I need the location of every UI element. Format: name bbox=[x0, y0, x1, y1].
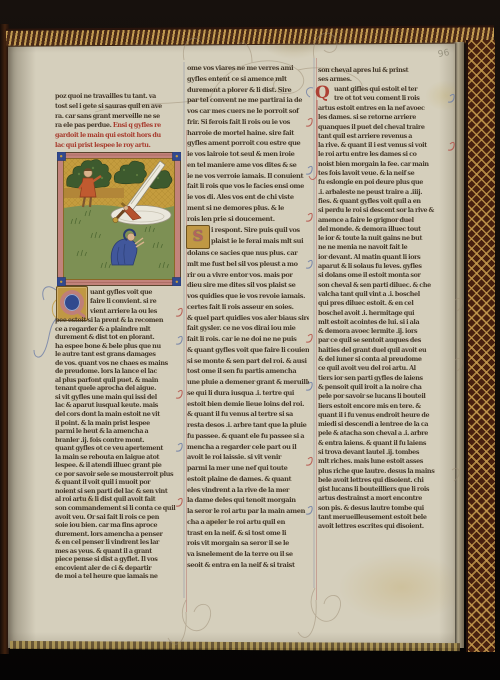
text-line: mes as yeus. & quant il a grant bbox=[55, 547, 183, 556]
text-line: avoit veu. Or sai fait li rois ce pen bbox=[55, 513, 183, 522]
text-span-ink: ra ele pas perdue. bbox=[55, 121, 111, 129]
text-line: son cheval apres lui & prinst bbox=[318, 66, 456, 75]
text-line: ment si ne demores plus. & le bbox=[187, 203, 309, 214]
text-line: ie vos di. Ales vos ent de chi viste bbox=[187, 192, 309, 203]
text-line: pele por savoir se lucans li bouteil bbox=[318, 392, 458, 401]
text-line: ie ne vos verroie iamais. Il conuient bbox=[187, 171, 309, 182]
penwork-initial-q: Q bbox=[315, 82, 333, 104]
text-line: mencha a regarder cele part ou il bbox=[187, 442, 309, 453]
miniature-illustration bbox=[57, 152, 181, 286]
text-line: artus destrainst a mort encontre bbox=[318, 494, 458, 503]
text-line: se qui li dura iusqua .i. tertre qui bbox=[187, 388, 309, 399]
text-line: harroie de mortel haine. sire fait bbox=[187, 128, 309, 139]
text-line: de vos. quant vos ne chaes es mains bbox=[55, 359, 183, 368]
text-line: dolans ce sacies que nus plus. car bbox=[187, 248, 309, 259]
text-line: ome vos viares ne me verres ami bbox=[187, 63, 309, 74]
text-line: lac & aparut iusqual keute. mais bbox=[55, 401, 183, 410]
text-line: & pensoit quil iroit a la noire cha bbox=[318, 383, 458, 392]
text-line: & quant il fu venus al tertre si sa bbox=[187, 409, 309, 420]
text-line: encovient aler de ci & departir bbox=[55, 564, 183, 573]
text-line: si vit gyfles une main qui issi del bbox=[55, 393, 183, 402]
text-line: de preudome. lors la lance el lac bbox=[55, 367, 183, 376]
text-line: par tel convent ne me partirai ia de bbox=[187, 95, 309, 106]
text-line: poz quoi ne travailles tu tant. va bbox=[55, 92, 182, 102]
text-line: bele avoit lettres qui disoient. chi bbox=[318, 476, 458, 485]
text-line: aparut & li solaus fu leves. gyfles bbox=[318, 262, 458, 271]
column-2-indented-lines: i respont. Sire puis quil vosplaist ie l… bbox=[211, 225, 309, 247]
text-line: fait li rois. car ie ne doi ne ne puis bbox=[187, 334, 309, 345]
text-line: le roi artu entre les dames si co bbox=[318, 150, 458, 159]
text-line: avoit le roi laissie. si vit venir bbox=[187, 452, 309, 463]
text-line: noist bien morgain la fee. car main bbox=[318, 160, 458, 169]
column-3-body-bottom: artus estoit entres en la nef avoecles d… bbox=[318, 104, 458, 532]
text-line: tes fois lavoit veue. & la neif se bbox=[318, 169, 458, 178]
miniature-scene bbox=[57, 152, 181, 286]
column-1-body: pee estoit si la prent & la recomence a … bbox=[55, 316, 183, 581]
text-line: son commandement si li conta ce quil bbox=[55, 504, 183, 513]
illuminated-initial-s: S bbox=[186, 225, 210, 249]
text-line: gyfles ament porroit cou estre que bbox=[187, 138, 309, 149]
text-line: ior devant. Al matin quant li iors bbox=[318, 253, 458, 262]
text-line: une pluie a demener grant & meruilleu bbox=[187, 377, 309, 388]
text-line: fies. & quant gyfles voit quil a en bbox=[318, 197, 458, 206]
text-line: liers estoit encore mis en tere. & bbox=[318, 402, 458, 411]
text-line: ce quil avoit veu del roi artu. Al bbox=[318, 364, 458, 373]
text-line: son cheval & sen parti diluec. & che bbox=[318, 281, 458, 290]
text-line: de moi a tel heure que iamais ne bbox=[55, 572, 183, 581]
text-line: tiers ior sen parti gyfles de laiens bbox=[318, 374, 458, 383]
text-line: & en cel penser li vindrent les lar bbox=[55, 538, 183, 547]
column-3-body-top: son cheval apres lui & prinstses armes. bbox=[318, 66, 456, 85]
gilt-binding-right-edge bbox=[466, 40, 495, 652]
text-line: fait li rois que vos le facies ensi ome bbox=[187, 181, 309, 192]
text-line: ce por savoir sele se mousterroit plus bbox=[55, 470, 183, 479]
text-line: ce a regarder & a plaindre mlt bbox=[55, 325, 183, 334]
text-line: lespee. & il atendi illuec grant pie bbox=[55, 461, 183, 470]
text-line: estoit bien demie lieue loins del roi. bbox=[187, 399, 309, 410]
column-3-indented-lines: uant gifles qui estoit el tertre ot tot … bbox=[334, 85, 456, 104]
text-line: faire li convient. si re bbox=[90, 297, 182, 306]
text-line: par ce quil se sentoit auques des bbox=[318, 336, 458, 345]
text-line: si dolans ome il estoit monta sor bbox=[318, 271, 458, 280]
text-line: seoit & entra en la neif & si traist bbox=[187, 560, 309, 571]
text-line: al plus parfont quil puet. & main bbox=[55, 376, 183, 385]
text-line: quant gyfles ot ce veu apertement bbox=[55, 444, 183, 453]
column-2-body-bottom: dolans ce sacies que nus plus. carmlt me… bbox=[187, 248, 309, 571]
text-line: durement & dist tot en plorant. bbox=[55, 333, 183, 342]
text-line: & quel part quidies vos aler biaus sire bbox=[187, 313, 309, 324]
gilt-binding-top-edge bbox=[6, 25, 494, 46]
text-line: ra. car sans grant merveille ne se bbox=[55, 112, 182, 122]
text-line: va isnelement de la terre ou il se bbox=[187, 549, 309, 560]
text-line: mlt riches. mais lune estoit asses bbox=[318, 457, 458, 466]
text-line: miedi si descendi a lentree de la ca bbox=[318, 420, 458, 429]
text-line: dieu sire me dites sil vos plaist se bbox=[187, 280, 309, 291]
text-line: la rive. & quant il i est venus si voit bbox=[318, 141, 458, 150]
text-line: mlt estoit acointes de lui. si i ala bbox=[318, 318, 458, 327]
text-line: & entra laiens. & quant il fu laiens bbox=[318, 439, 458, 448]
text-line: tenant quele aprocha del aigue. bbox=[55, 384, 183, 393]
text-line: qui pres diluec estoit. & en cel bbox=[318, 299, 458, 308]
text-line: rois len prie si doucement. bbox=[187, 214, 309, 225]
text-line: ses armes. bbox=[318, 75, 456, 84]
text-line: fu passee. & quant ele fu passee si a bbox=[187, 431, 309, 442]
text-line: eles vindrent a la rive de la mer bbox=[187, 485, 309, 496]
text-line: en tel maniere ame vos dites & se bbox=[187, 160, 309, 171]
text-line: durement a plorer & li dist. Sire bbox=[187, 85, 309, 96]
text-line: boschel avoit .i. hermitage qui bbox=[318, 309, 458, 318]
text-line: avoit lettres escrites qui disoient. bbox=[318, 522, 458, 531]
text-line: si se monte & sen part del roi. & ausi bbox=[187, 356, 309, 367]
text-line: soie iou bien. car ma fins aproce bbox=[55, 521, 183, 530]
text-line: gardoit le main qui estoit hors du bbox=[55, 131, 182, 141]
text-line: les dames. si se retorne arriere bbox=[318, 113, 458, 122]
text-line: la seror le roi artu par la main amen bbox=[187, 506, 309, 517]
text-line: son pis. & desus lautre tombe qui bbox=[318, 504, 458, 513]
text-line: uant gyfles voit que bbox=[90, 288, 182, 297]
text-line: tost sel i gete si sauras quil en ave bbox=[55, 102, 182, 112]
text-line: pee estoit si la prent & la recomen bbox=[55, 316, 183, 325]
text-line: fait gysler. ce ne vos dirai iou mie bbox=[187, 323, 309, 334]
text-line: del cors dont la main estoit ne vit bbox=[55, 410, 183, 419]
text-line: resta desos .i. arbre tant que la pluie bbox=[187, 420, 309, 431]
text-line: fu eslongie en poi deure plus que bbox=[318, 178, 458, 187]
text-line: & quant il voit quil i muoit por bbox=[55, 478, 183, 487]
text-line: la dame deles qui tenoit morgain bbox=[187, 495, 309, 506]
text-line: uant gifles qui estoit el ter bbox=[334, 85, 456, 94]
text-line: i respont. Sire puis quil vos bbox=[211, 225, 309, 236]
text-line: cha a apeler le roi artu quil en bbox=[187, 517, 309, 528]
text-line: gyfles entent ce si amence mlt bbox=[187, 74, 309, 85]
text-line: estoit plaine de dames. & quant bbox=[187, 474, 309, 485]
text-line: artus estoit entres en la nef avoec bbox=[318, 104, 458, 113]
text-line: noient si sen parti del lac & sen vint bbox=[55, 487, 183, 496]
text-line: lac qui prist lespee le roy artu. bbox=[55, 141, 182, 151]
text-line: & del iuner si conta al preudome bbox=[318, 355, 458, 364]
text-line: branler .ij. fois contre mont. bbox=[55, 436, 183, 445]
rubric-span: Ensi q gyfles re bbox=[113, 121, 161, 129]
text-line: vos car mes cuers ne le porroit sof bbox=[187, 106, 309, 117]
text-line: ie vos lairoie tot seul & men iroie bbox=[187, 149, 309, 160]
text-line: parmi la mer une nef qui toute bbox=[187, 463, 309, 474]
text-line: le ior & toute la nuit gains ne but bbox=[318, 234, 458, 243]
rubric-caption: gardoit le main qui estoit hors dulac qu… bbox=[55, 131, 182, 151]
gilt-page-bottom-edge bbox=[10, 641, 460, 651]
manuscript-photo: 96 bbox=[0, 0, 500, 680]
text-line: si trova devant lautel .ij. tombes bbox=[318, 448, 458, 457]
text-line: si perdu le roi si descent sor la rive & bbox=[318, 206, 458, 215]
text-line: tant quil est arriere revenus a bbox=[318, 132, 458, 141]
text-line: mlt me fust bel sil vos pleust a mo bbox=[187, 259, 309, 270]
text-line: le autre tant est grans damages bbox=[55, 350, 183, 359]
text-line: vient arriere la ou les bbox=[90, 307, 182, 316]
column-2-body-top: ome vos viares ne me verres amigyfles en… bbox=[187, 63, 309, 224]
text-line: parmi le heut & la amencha a bbox=[55, 427, 183, 436]
text-line: rois vit morgain sa seror il se le bbox=[187, 538, 309, 549]
text-line: ne ne menia ne navoit fait le bbox=[318, 243, 458, 252]
text-line: quanques il puet del cheval traire bbox=[318, 123, 458, 132]
text-line: la main se rebouta en laigue atot bbox=[55, 453, 183, 462]
text-line: certes fait li rois asseur en soies. bbox=[187, 302, 309, 313]
text-line: & quant gyfles voit que faire li couient bbox=[187, 345, 309, 356]
column-1-opening: poz quoi ne travailles tu tant. vatost s… bbox=[55, 92, 182, 151]
text-line: rir ou a vivre entor vos. mais por bbox=[187, 270, 309, 281]
text-line: amence a faire le grignor duel bbox=[318, 216, 458, 225]
text-line: tant merueilleusement estoit bele bbox=[318, 513, 458, 522]
text-line: pele & atacha son cheval a .i. arbre bbox=[318, 429, 458, 438]
text-line: & demora avoec lermite .ij. iors bbox=[318, 327, 458, 336]
column-1-indented-lines: uant gyfles voit quefaire li convient. s… bbox=[90, 288, 182, 316]
text-line: frir. Si ferois fait li rois ou ie vos bbox=[187, 117, 309, 128]
text-line: vos quidies que ie vos revoie iamais. bbox=[187, 291, 309, 302]
text-line: gist lucans li bouteilliers que li rois bbox=[318, 485, 458, 494]
text-line-mixed: ra ele pas perdue. Ensi q gyfles re bbox=[55, 121, 182, 131]
line-group: poz quoi ne travailles tu tant. vatost s… bbox=[55, 92, 182, 121]
text-line: valcha tant quil vint a .i. boschel bbox=[318, 290, 458, 299]
text-line: piece pense si dist a gyflet. Il vos bbox=[55, 555, 183, 564]
text-line: plus riche que lautre. desus la mains bbox=[318, 467, 458, 476]
text-line: il point. & la main prist lespee bbox=[55, 419, 183, 428]
text-line: ha espee bone & bele plus que nu bbox=[55, 342, 183, 351]
text-line: del monde. & demora illuec tout bbox=[318, 225, 458, 234]
text-line: quant il i fu venus endroit heure de bbox=[318, 411, 458, 420]
text-line: tost ome il sen fu partis amencha bbox=[187, 366, 309, 377]
text-line: haities del grant duel quil avoit eu bbox=[318, 346, 458, 355]
text-line: .i. arbaleste ne peust traire a .iiij. bbox=[318, 188, 458, 197]
folio-number: 96 bbox=[437, 48, 450, 60]
text-line: al roi artu & li dist quil avoit fait bbox=[55, 495, 183, 504]
text-line: tre ot tot veu coment li rois bbox=[334, 94, 456, 103]
text-line: plaist ie le ferai mais mlt sui bbox=[211, 236, 309, 247]
text-line: durement. lors amencha a penser bbox=[55, 530, 183, 539]
text-line: trast en la neif. & si tost ome li bbox=[187, 528, 309, 539]
